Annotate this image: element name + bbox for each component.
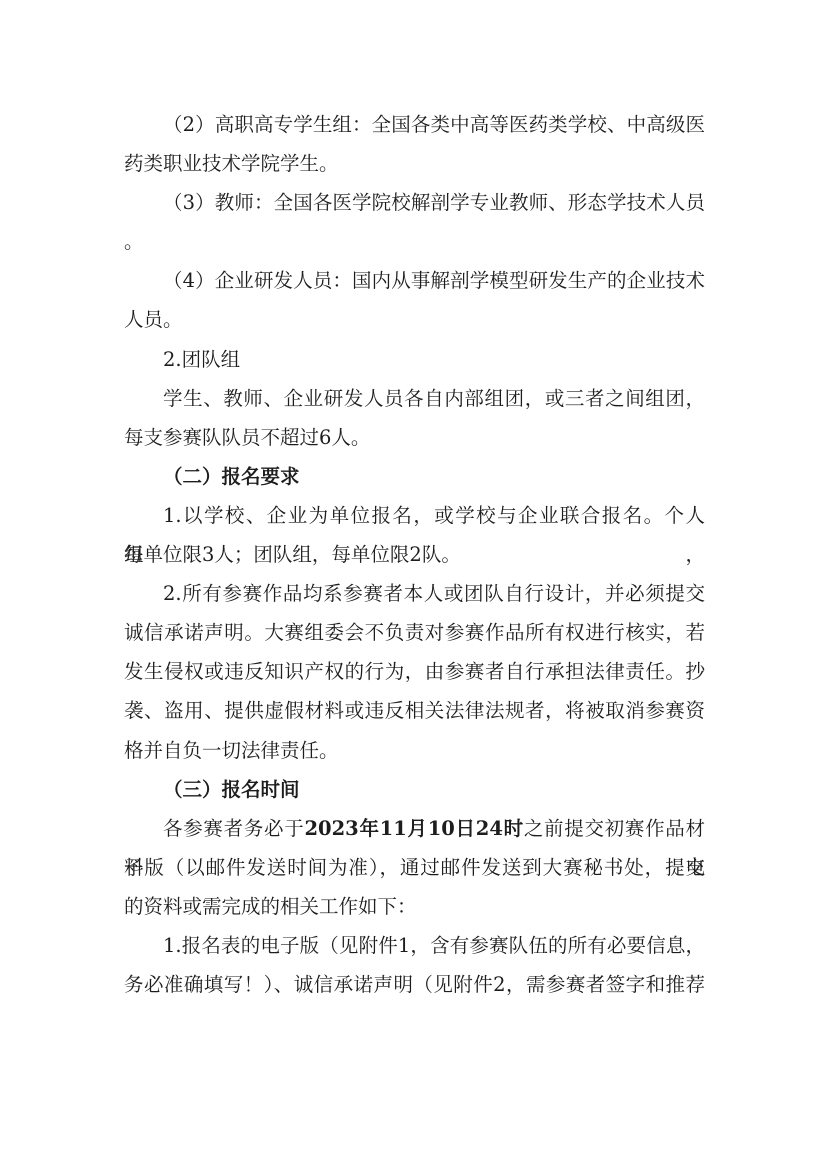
text-line-3: （3）教师：全国各医学院校解剖学专业教师、形态学技术人员 xyxy=(124,183,705,222)
text-line-8: 学生、教师、企业研发人员各自内部组团，或三者之间组团， xyxy=(124,379,705,418)
text-line-15: 发生侵权或违反知识产权的行为，由参赛者自行承担法律责任。抄 xyxy=(124,652,705,691)
text-segment: （2）高职高专学生组：全国各类中高等医药类学校、中高级医 xyxy=(163,113,705,136)
text-segment: 1.报名表的电子版（见附件1，含有参赛队伍的所有必要信息， xyxy=(163,934,705,957)
text-segment: （3）教师：全国各医学院校解剖学专业教师、形态学技术人员 xyxy=(163,191,705,214)
document-page: （2）高职高专学生组：全国各类中高等医药类学校、中高级医药类职业技术学院学生。（… xyxy=(0,0,827,1170)
text-line-22: 1.报名表的电子版（见附件1，含有参赛队伍的所有必要信息， xyxy=(124,926,705,965)
text-segment: 2.团队组 xyxy=(163,348,240,371)
text-segment: （4）企业研发人员：国内从事解剖学模型研发生产的企业技术 xyxy=(163,269,705,292)
text-line-14: 诚信承诺声明。大赛组委会不负责对参赛作品所有权进行核实，若 xyxy=(124,613,705,652)
text-segment: 发生侵权或违反知识产权的行为，由参赛者自行承担法律责任。抄 xyxy=(124,660,705,683)
text-line-2: 药类职业技术学院学生。 xyxy=(124,144,705,183)
text-line-16: 袭、盗用、提供虚假材料或违反相关法律法规者，将被取消参赛资 xyxy=(124,691,705,730)
document-body: （2）高职高专学生组：全国各类中高等医药类学校、中高级医药类职业技术学院学生。（… xyxy=(124,105,705,1004)
text-line-13: 2.所有参赛作品均系参赛者本人或团队自行设计，并必须提交 xyxy=(124,574,705,613)
text-segment: 的资料或需完成的相关工作如下： xyxy=(124,895,417,918)
text-segment: 诚信承诺声明。大赛组委会不负责对参赛作品所有权进行核实，若 xyxy=(124,621,705,644)
text-segment: 。 xyxy=(124,230,144,253)
text-segment-bold: （二）报名要求 xyxy=(163,465,300,488)
text-line-4: 。 xyxy=(124,222,705,261)
text-line-6: 人员。 xyxy=(124,300,705,339)
text-segment: 格并自负一切法律责任。 xyxy=(124,739,339,762)
text-segment-bold: 2023年11月10日24时 xyxy=(304,817,523,840)
text-segment-bold: （三）报名时间 xyxy=(163,778,300,801)
text-segment: 袭、盗用、提供虚假材料或违反相关法律法规者，将被取消参赛资 xyxy=(124,699,705,722)
text-segment: 务必准确填写！）、诚信承诺声明（见附件2，需参赛者签字和推荐 xyxy=(124,973,705,996)
text-line-21: 的资料或需完成的相关工作如下： xyxy=(124,887,705,926)
text-line-17: 格并自负一切法律责任。 xyxy=(124,731,705,770)
text-line-10: （二）报名要求 xyxy=(124,457,705,496)
text-segment: 各参赛者务必于 xyxy=(163,817,304,840)
text-line-23: 务必准确填写！）、诚信承诺声明（见附件2，需参赛者签字和推荐 xyxy=(124,965,705,1004)
text-segment: 每支参赛队队员不超过6人。 xyxy=(124,426,370,449)
text-line-7: 2.团队组 xyxy=(124,340,705,379)
text-line-18: （三）报名时间 xyxy=(124,770,705,809)
text-line-19: 各参赛者务必于2023年11月10日24时之前提交初赛作品材料电 xyxy=(124,809,705,848)
text-segment: 子版（以邮件发送时间为准），通过邮件发送到大赛秘书处，提交 xyxy=(124,856,705,879)
text-segment: 学生、教师、企业研发人员各自内部组团，或三者之间组团， xyxy=(163,387,705,410)
text-line-9: 每支参赛队队员不超过6人。 xyxy=(124,418,705,457)
text-segment: 药类职业技术学院学生。 xyxy=(124,152,339,175)
text-line-1: （2）高职高专学生组：全国各类中高等医药类学校、中高级医 xyxy=(124,105,705,144)
text-line-11: 1.以学校、企业为单位报名，或学校与企业联合报名。个人组， xyxy=(124,496,705,535)
text-line-5: （4）企业研发人员：国内从事解剖学模型研发生产的企业技术 xyxy=(124,261,705,300)
text-segment: 人员。 xyxy=(124,308,183,331)
text-segment: 每单位限3人；团队组，每单位限2队。 xyxy=(124,543,461,566)
text-line-20: 子版（以邮件发送时间为准），通过邮件发送到大赛秘书处，提交 xyxy=(124,848,705,887)
text-segment: 2.所有参赛作品均系参赛者本人或团队自行设计，并必须提交 xyxy=(163,582,705,605)
